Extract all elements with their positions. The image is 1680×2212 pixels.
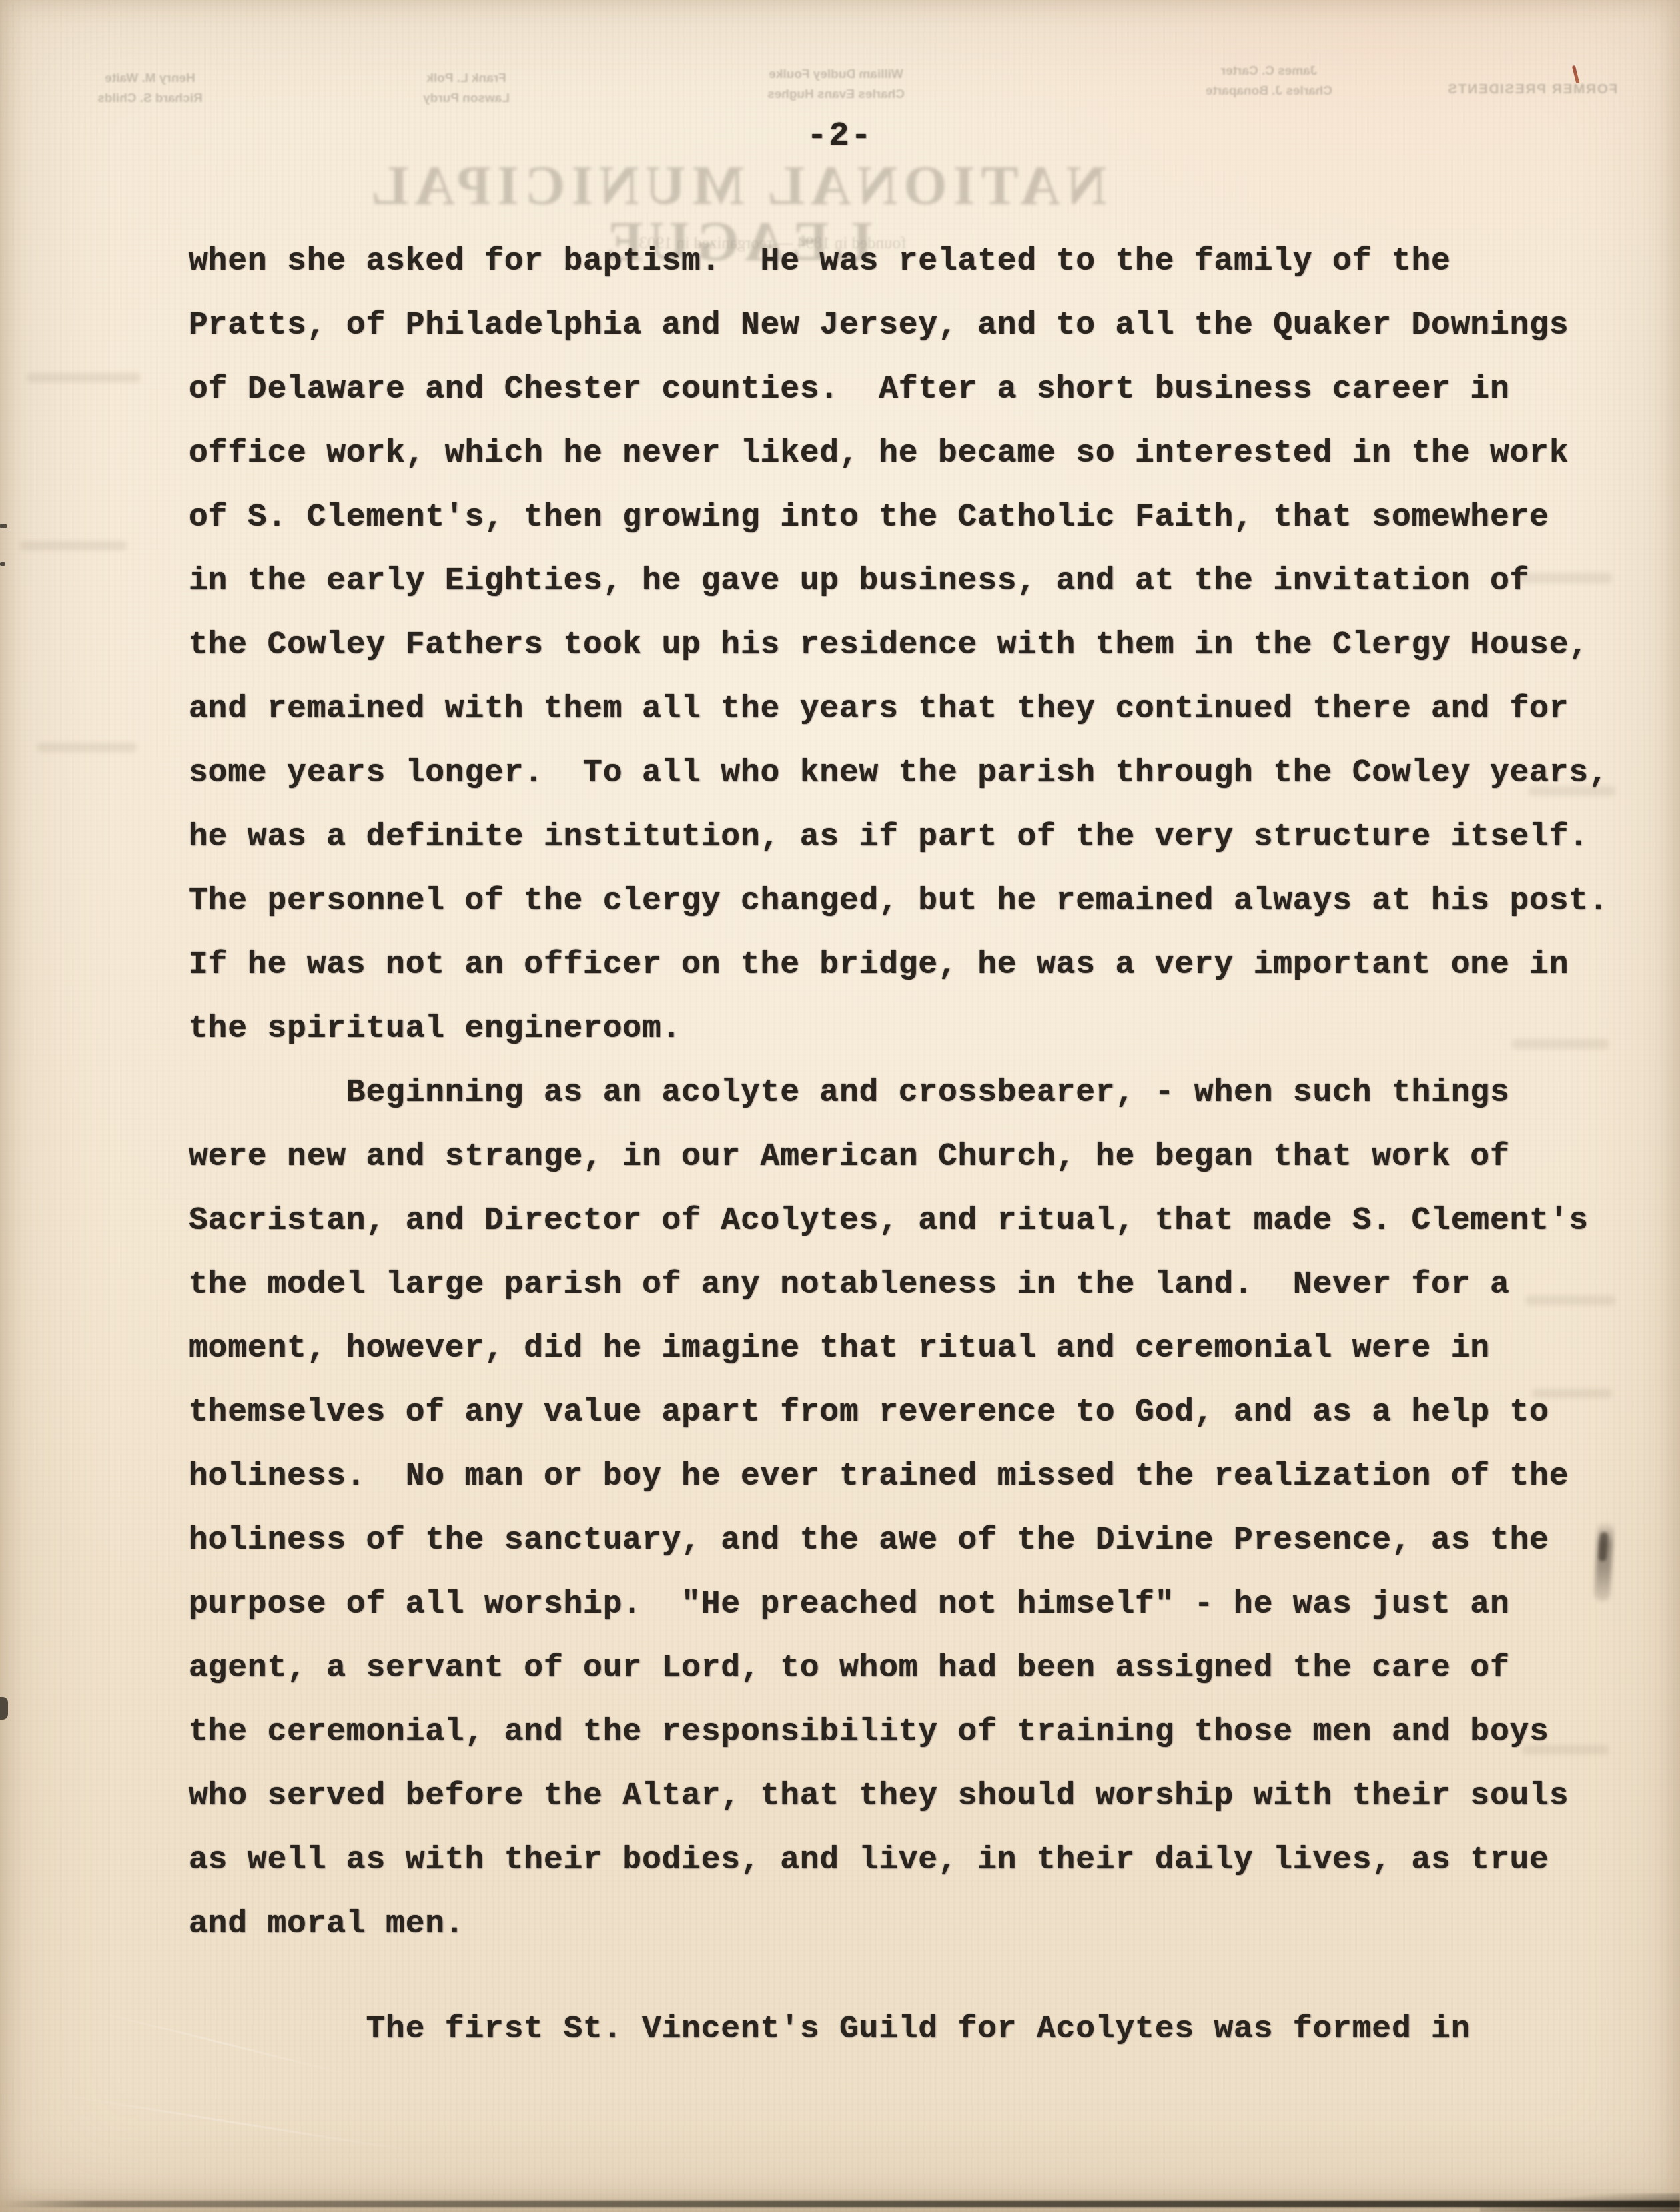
bleed-smudge bbox=[27, 373, 140, 382]
ghost-president-name: William Dudley Foulke bbox=[723, 65, 949, 85]
typed-line: of S. Clement's, then growing into the C… bbox=[189, 486, 1609, 550]
bleed-smudge bbox=[37, 743, 137, 752]
typed-line: Beginning as an acolyte and crossbearer,… bbox=[189, 1061, 1609, 1125]
paper-crease bbox=[49, 2092, 418, 2153]
typed-line: some years longer. To all who knew the p… bbox=[189, 741, 1609, 805]
left-edge-mark bbox=[0, 1697, 8, 1720]
typed-line: If he was not an officer on the bridge, … bbox=[189, 933, 1609, 997]
ghost-president-name: Charles J. Bonaparte bbox=[1159, 81, 1379, 101]
typed-line: moment, however, did he imagine that rit… bbox=[189, 1317, 1609, 1381]
ghost-president-name: James C. Carter bbox=[1159, 61, 1379, 81]
ghost-presidents-column-2: Frank L. Polk Lawson Purdy bbox=[383, 69, 550, 109]
typed-line: The personnel of the clergy changed, but… bbox=[189, 869, 1609, 933]
typed-line: purpose of all worship. "He preached not… bbox=[189, 1573, 1609, 1637]
bleed-smudge bbox=[1512, 1039, 1609, 1049]
ghost-presidents-column-3: William Dudley Foulke Charles Evans Hugh… bbox=[723, 65, 949, 105]
bleed-smudge bbox=[1525, 1295, 1615, 1305]
left-edge-mark bbox=[0, 562, 5, 566]
typed-line: who served before the Altar, that they s… bbox=[189, 1764, 1609, 1828]
scanned-document-page: Henry M. Waite Richard S. Childs Frank L… bbox=[0, 0, 1680, 2212]
typed-line: and remained with them all the years tha… bbox=[189, 677, 1609, 741]
typed-line: themselves of any value apart from rever… bbox=[189, 1381, 1609, 1445]
ghost-presidents-column-1: Henry M. Waite Richard S. Childs bbox=[63, 69, 236, 109]
ghost-president-name: Lawson Purdy bbox=[383, 89, 550, 109]
ghost-president-name: Henry M. Waite bbox=[63, 69, 236, 89]
typed-line: agent, a servant of our Lord, to whom ha… bbox=[189, 1637, 1609, 1700]
ghost-presidents-column-4: James C. Carter Charles J. Bonaparte bbox=[1159, 61, 1379, 101]
bleed-smudge bbox=[1519, 573, 1612, 583]
typed-line: holiness. No man or boy he ever trained … bbox=[189, 1445, 1609, 1509]
typed-line: the model large parish of any notablenes… bbox=[189, 1253, 1609, 1317]
bleed-smudge bbox=[1522, 1745, 1609, 1754]
typed-line: when she asked for baptism. He was relat… bbox=[189, 230, 1609, 294]
typed-line: as well as with their bodies, and live, … bbox=[189, 1828, 1609, 1892]
typed-line bbox=[189, 1956, 1609, 1998]
typed-line: he was a definite institution, as if par… bbox=[189, 805, 1609, 869]
bleed-smudge bbox=[1532, 1389, 1612, 1398]
typed-line: were new and strange, in our American Ch… bbox=[189, 1125, 1609, 1189]
typed-line: holiness of the sanctuary, and the awe o… bbox=[189, 1509, 1609, 1573]
typed-line: and moral men. bbox=[189, 1892, 1609, 1956]
scan-corner-shadow bbox=[1480, 2193, 1680, 2212]
ghost-former-presidents-label: FORMER PRESIDENTS bbox=[1432, 81, 1632, 97]
typed-line: the ceremonial, and the responsibility o… bbox=[189, 1700, 1609, 1764]
typed-line: in the early Eighties, he gave up busine… bbox=[189, 550, 1609, 613]
ghost-president-name: Richard S. Childs bbox=[63, 89, 236, 109]
typed-line: The first St. Vincent's Guild for Acolyt… bbox=[189, 1998, 1609, 2061]
scan-bottom-edge bbox=[0, 2201, 1680, 2207]
typed-line: the spiritual engineroom. bbox=[189, 997, 1609, 1061]
typed-line: Pratts, of Philadelphia and New Jersey, … bbox=[189, 294, 1609, 358]
bleed-smudge bbox=[20, 541, 127, 550]
typed-line: Sacristan, and Director of Acolytes, and… bbox=[189, 1189, 1609, 1253]
page-number: -2- bbox=[790, 117, 890, 155]
typed-line: of Delaware and Chester counties. After … bbox=[189, 358, 1609, 422]
typed-line: the Cowley Fathers took up his residence… bbox=[189, 613, 1609, 677]
typed-body: when she asked for baptism. He was relat… bbox=[189, 230, 1609, 2061]
bleed-smudge bbox=[1529, 786, 1615, 796]
left-edge-mark bbox=[0, 524, 7, 528]
ghost-president-name: Frank L. Polk bbox=[383, 69, 550, 89]
ghost-president-name: Charles Evans Hughes bbox=[723, 85, 949, 105]
typed-line: office work, which he never liked, he be… bbox=[189, 422, 1609, 486]
